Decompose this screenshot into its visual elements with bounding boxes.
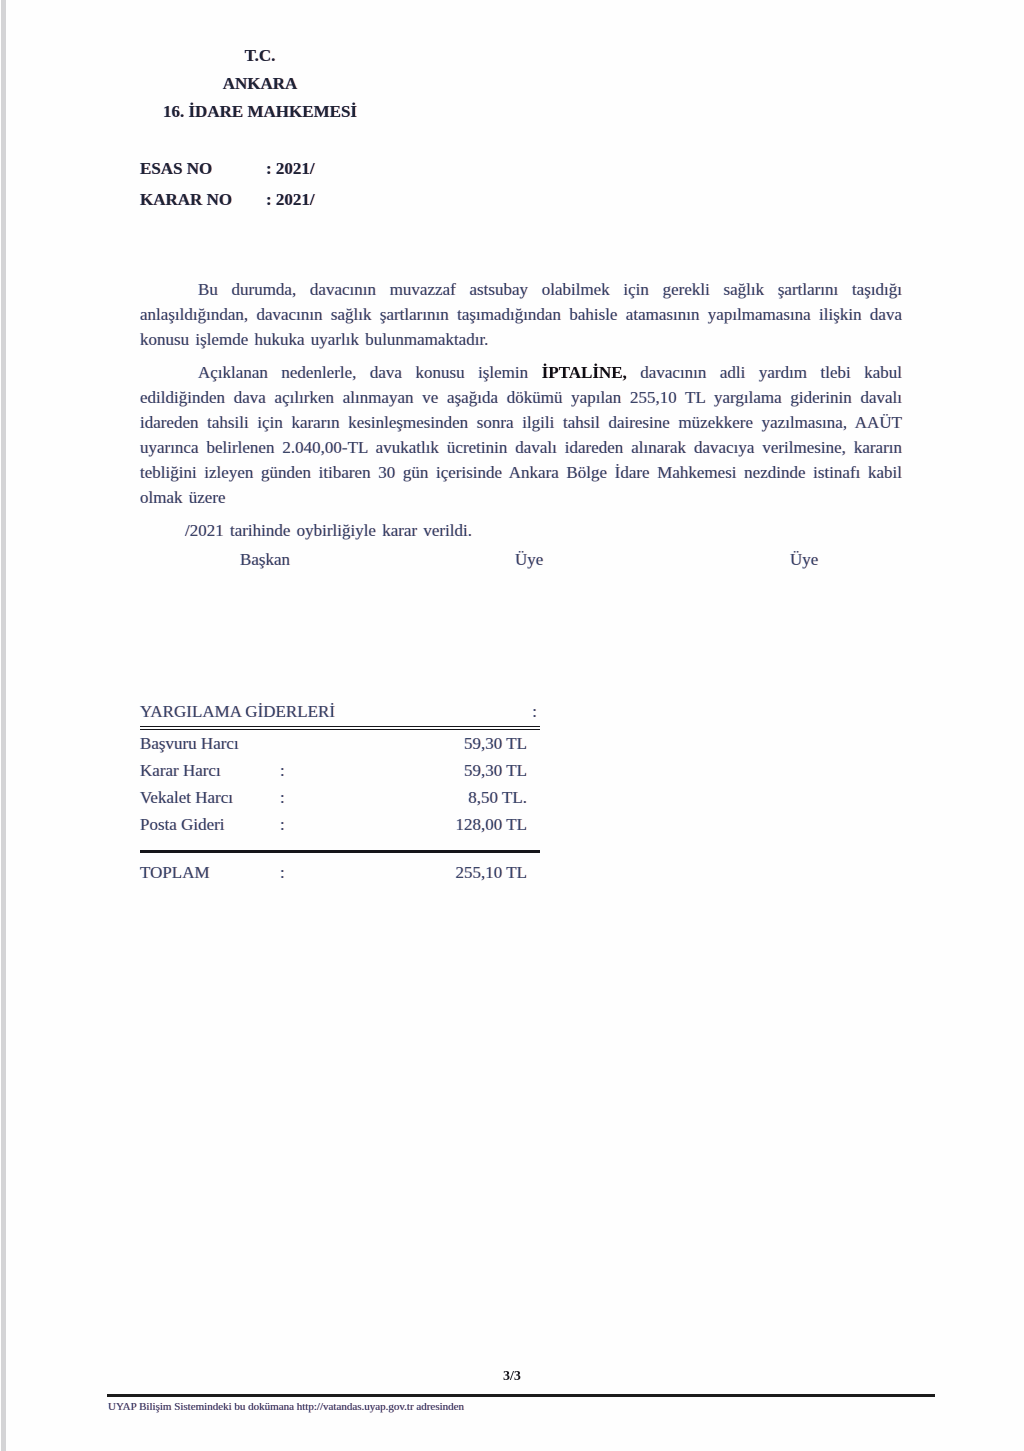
signature-uye-1: Üye	[515, 550, 543, 570]
costs-table: YARGILAMA GİDERLERİ : Başvuru Harcı 59,3…	[140, 700, 540, 886]
decision-body: Bu durumda, davacının muvazzaf astsubay …	[140, 277, 902, 543]
cost-colon: :	[280, 784, 300, 811]
total-value: 255,10 TL	[300, 859, 540, 886]
signature-uye-2: Üye	[790, 550, 818, 570]
case-numbers: ESAS NO : 2021/ KARAR NO : 2021/	[140, 153, 315, 215]
cost-colon: :	[280, 811, 300, 838]
costs-table-title: YARGILAMA GİDERLERİ	[140, 700, 335, 724]
esas-no-row: ESAS NO : 2021/	[140, 153, 315, 184]
karar-no-value: : 2021/	[266, 184, 315, 215]
karar-no-row: KARAR NO : 2021/	[140, 184, 315, 215]
cost-row-vekalet: Vekalet Harcı : 8,50 TL.	[140, 784, 540, 811]
document-page: T.C. ANKARA 16. İDARE MAHKEMESİ ESAS NO …	[0, 0, 1024, 1451]
scanned-content: T.C. ANKARA 16. İDARE MAHKEMESİ ESAS NO …	[0, 0, 1024, 1451]
cost-row-karar: Karar Harcı : 59,30 TL	[140, 757, 540, 784]
costs-table-header: YARGILAMA GİDERLERİ :	[140, 700, 540, 724]
court-header: T.C. ANKARA 16. İDARE MAHKEMESİ	[140, 42, 380, 126]
ruling-text-after: davacının adli yardım tlebi kabul edildi…	[140, 363, 902, 507]
costs-table-title-colon: :	[532, 700, 537, 724]
ruling-closing-line: /2021 tarihinde oybirliğiyle karar veril…	[140, 518, 902, 543]
republic-label: T.C.	[140, 42, 380, 70]
esas-no-label: ESAS NO	[140, 153, 266, 184]
cost-colon	[280, 730, 300, 757]
ruling-text-before: Açıklanan nedenlerle, dava konusu işlemi…	[198, 363, 542, 382]
cost-label: Karar Harcı	[140, 757, 280, 784]
cost-row-basvuru: Başvuru Harcı 59,30 TL	[140, 730, 540, 757]
court-name: 16. İDARE MAHKEMESİ	[140, 98, 380, 126]
footer-rule	[107, 1394, 935, 1397]
esas-no-value: : 2021/	[266, 153, 315, 184]
total-colon: :	[280, 859, 300, 886]
cost-label: Başvuru Harcı	[140, 730, 280, 757]
cost-row-posta: Posta Gideri : 128,00 TL	[140, 811, 540, 838]
cost-value: 8,50 TL.	[300, 784, 540, 811]
uyap-footer-text: UYAP Bilişim Sistemindeki bu dokümana ht…	[108, 1401, 464, 1413]
costs-total-rule	[140, 850, 540, 853]
cost-colon: :	[280, 757, 300, 784]
paragraph-ruling: Açıklanan nedenlerle, dava konusu işlemi…	[140, 360, 902, 510]
page-number: 3/3	[0, 1369, 1024, 1385]
karar-no-label: KARAR NO	[140, 184, 266, 215]
city-label: ANKARA	[140, 70, 380, 98]
cost-label: Posta Gideri	[140, 811, 280, 838]
cost-value: 59,30 TL	[300, 757, 540, 784]
total-label: TOPLAM	[140, 859, 280, 886]
cost-row-total: TOPLAM : 255,10 TL	[140, 859, 540, 886]
cost-value: 59,30 TL	[300, 730, 540, 757]
ruling-keyword: İPTALİNE,	[542, 363, 627, 382]
cost-value: 128,00 TL	[300, 811, 540, 838]
paragraph-findings: Bu durumda, davacının muvazzaf astsubay …	[140, 277, 902, 352]
cost-label: Vekalet Harcı	[140, 784, 280, 811]
signature-baskan: Başkan	[240, 550, 290, 570]
